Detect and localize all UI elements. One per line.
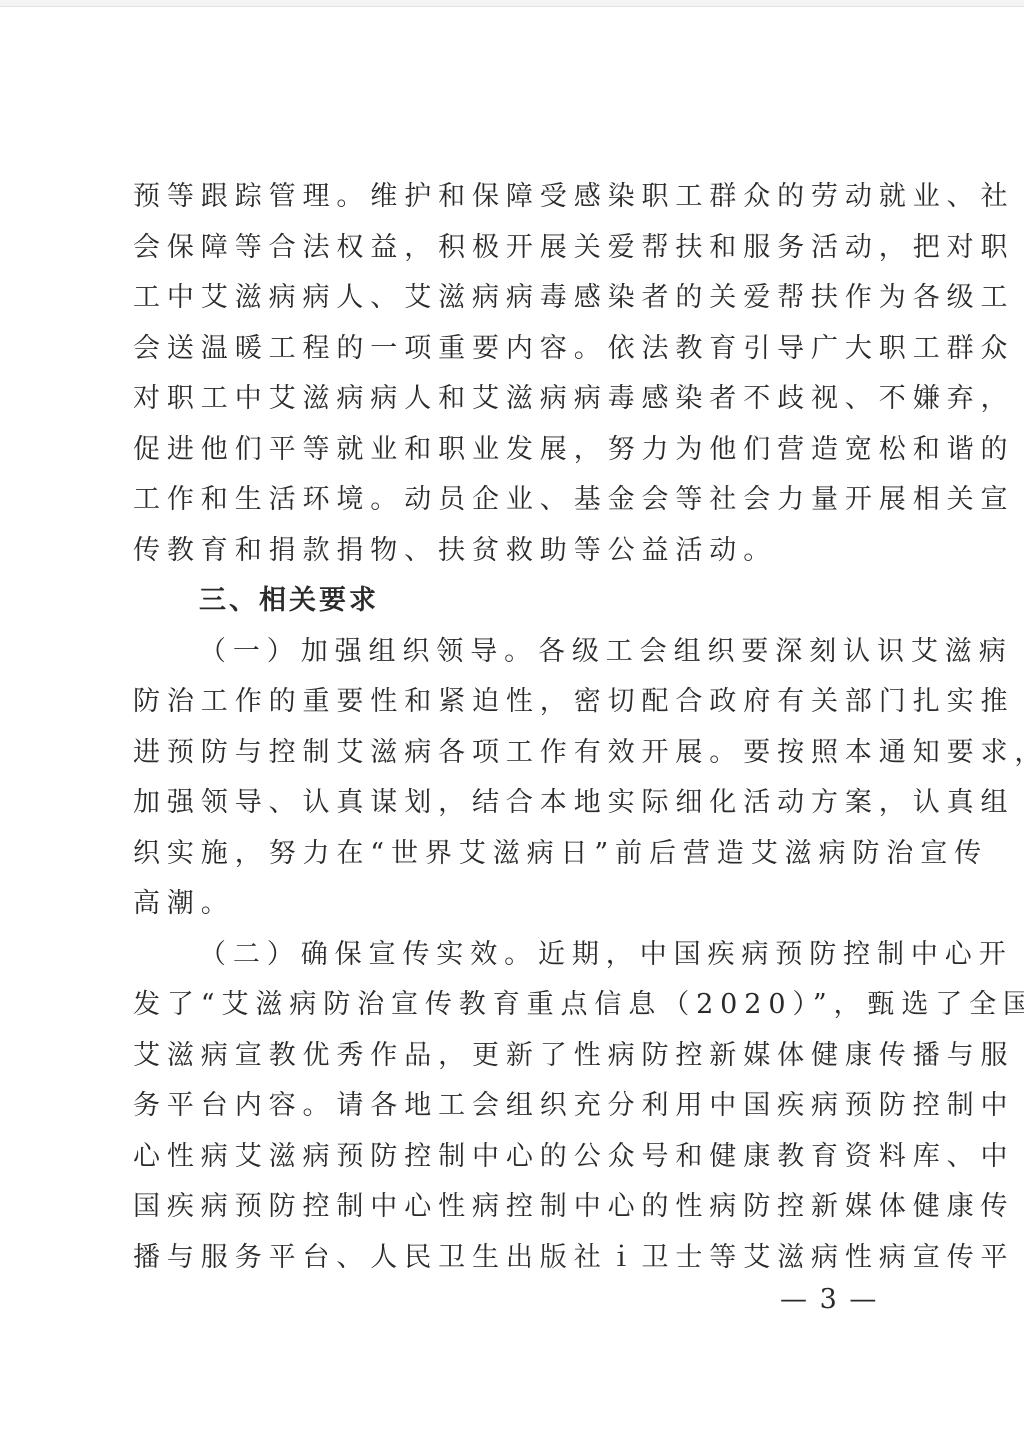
subsection-lead-line: （二）确保宣传实效。近期，中国疾病预防控制中心开: [133, 930, 893, 981]
page-top-edge: [0, 0, 1024, 7]
body-line: 艾滋病宣教优秀作品，更新了性病防控新媒体健康传播与服: [133, 1031, 893, 1082]
body-line: 织实施，努力在“世界艾滋病日”前后营造艾滋病防治宣传: [133, 829, 893, 880]
body-line: 促进他们平等就业和职业发展，努力为他们营造宽松和谐的: [133, 425, 893, 476]
body-line: 会送温暖工程的一项重要内容。依法教育引导广大职工群众: [133, 324, 893, 375]
body-line: 预等跟踪管理。维护和保障受感染职工群众的劳动就业、社: [133, 172, 893, 223]
body-line: 工中艾滋病病人、艾滋病病毒感染者的关爱帮扶作为各级工: [133, 273, 893, 324]
body-line: 进预防与控制艾滋病各项工作有效开展。要按照本通知要求，: [133, 728, 893, 779]
body-line: 务平台内容。请各地工会组织充分利用中国疾病预防控制中: [133, 1081, 893, 1132]
body-line: 会保障等合法权益，积极开展关爱帮扶和服务活动，把对职: [133, 223, 893, 274]
section-heading: 三、相关要求: [133, 576, 893, 627]
body-line: 防治工作的重要性和紧迫性，密切配合政府有关部门扎实推: [133, 677, 893, 728]
body-line: 工作和生活环境。动员企业、基金会等社会力量开展相关宣: [133, 475, 893, 526]
subsection-lead-line: （一）加强组织领导。各级工会组织要深刻认识艾滋病: [133, 627, 893, 678]
body-line: 加强领导、认真谋划，结合本地实际细化活动方案，认真组: [133, 778, 893, 829]
page-number: — 3 —: [780, 1284, 878, 1315]
body-line: 播与服务平台、人民卫生出版社ｉ卫士等艾滋病性病宣传平: [133, 1233, 893, 1284]
document-page: 预等跟踪管理。维护和保障受感染职工群众的劳动就业、社 会保障等合法权益，积极开展…: [133, 172, 893, 1283]
body-line: 发了“艾滋病防治宣传教育重点信息（2020）”，甄选了全国: [133, 980, 893, 1031]
body-line: 对职工中艾滋病病人和艾滋病病毒感染者不歧视、不嫌弃，: [133, 374, 893, 425]
body-line: 高潮。: [133, 879, 893, 930]
body-line: 传教育和捐款捐物、扶贫救助等公益活动。: [133, 526, 893, 577]
body-line: 国疾病预防控制中心性病控制中心的性病防控新媒体健康传: [133, 1182, 893, 1233]
body-line: 心性病艾滋病预防控制中心的公众号和健康教育资料库、中: [133, 1132, 893, 1183]
